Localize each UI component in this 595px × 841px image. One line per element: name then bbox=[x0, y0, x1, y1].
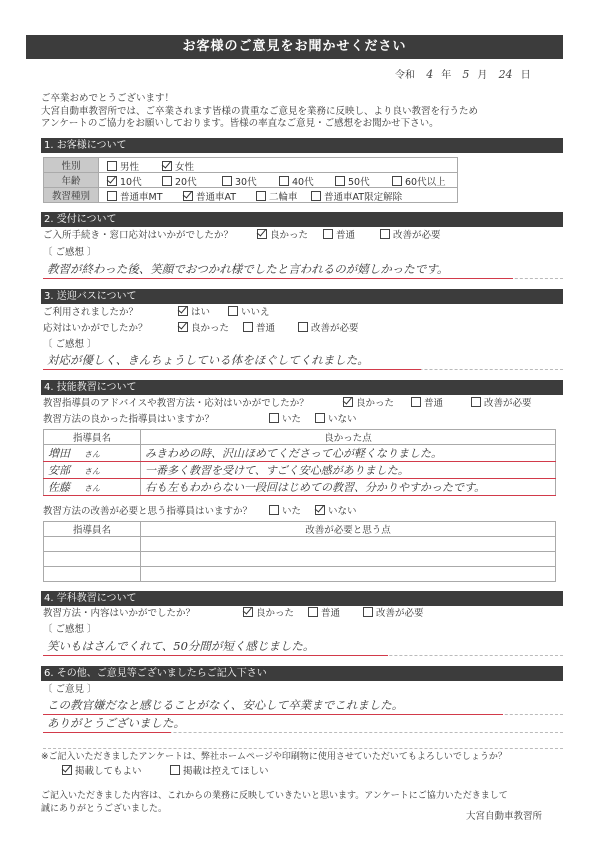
checkbox-icon[interactable] bbox=[335, 176, 345, 186]
section-header-academic-lessons: 4. 学科教習について bbox=[41, 591, 563, 606]
option-label: いない bbox=[328, 414, 357, 425]
academic-question: 教習方法・内容はいかがでしたか？ bbox=[43, 608, 195, 619]
bus-comment-field[interactable]: 対応が優しく、きんちょうしている体をほぐしてくれました。 bbox=[43, 353, 563, 370]
checkbox-checked-icon[interactable] bbox=[178, 306, 188, 316]
improve-instructor-row: 教習方法の改善が必要と思う指導員はいますか？ いた いない bbox=[43, 505, 252, 519]
checkbox-icon[interactable] bbox=[107, 161, 117, 171]
good-point-cell[interactable]: 一番多く教習を受けて、すごく安心感がありました。 bbox=[141, 462, 556, 479]
academic-normal-option[interactable]: 普通 bbox=[308, 607, 340, 621]
red-underline bbox=[43, 278, 513, 280]
age-row: 年齢 10代 20代 30代 40代 50代 60代以上 bbox=[44, 173, 458, 188]
checkbox-icon[interactable] bbox=[411, 397, 421, 407]
checkbox-icon[interactable] bbox=[269, 413, 279, 423]
checkbox-icon[interactable] bbox=[471, 397, 481, 407]
option-label: 良かった bbox=[270, 230, 308, 241]
checkbox-checked-icon[interactable] bbox=[257, 229, 267, 239]
table-header-row: 指導員名 良かった点 bbox=[44, 430, 556, 445]
academic-improve-option[interactable]: 改善が必要 bbox=[363, 607, 424, 621]
good-instructor-yes-option[interactable]: いた bbox=[269, 413, 301, 427]
instructor-name-cell[interactable]: 安部さん bbox=[44, 462, 141, 479]
table-row: 増田さん みきわめの時、沢山ほめてくださって心が軽くなりました。 bbox=[44, 445, 556, 462]
closing-text: ご記入いただきました内容は、これからの業務に反映していきたいと思います。アンケー… bbox=[41, 790, 508, 816]
instructor-normal-option[interactable]: 普通 bbox=[411, 397, 443, 411]
closing-line: 誠にありがとうございました。 bbox=[41, 803, 508, 816]
checkbox-icon[interactable] bbox=[243, 322, 253, 332]
checkbox-checked-icon[interactable] bbox=[183, 191, 193, 201]
bus-usage-question: ご利用されましたか？ bbox=[43, 307, 138, 318]
other-comment-text: この教官嫌だなと感じることがなく、安心して卒業までこれました。 bbox=[47, 697, 403, 713]
bus-comment-text: 対応が優しく、きんちょうしている体をほぐしてくれました。 bbox=[47, 352, 369, 368]
month-label: 月 bbox=[477, 70, 487, 81]
checkbox-checked-icon[interactable] bbox=[107, 176, 117, 186]
age-50s-option[interactable]: 50代 bbox=[335, 174, 370, 188]
checkbox-checked-icon[interactable] bbox=[343, 397, 353, 407]
age-40s-option[interactable]: 40代 bbox=[279, 174, 314, 188]
reception-comment-label: 〔 ご感想 〕 bbox=[43, 246, 97, 260]
honorific: さん bbox=[84, 467, 100, 476]
section-header-other-comments: 6. その他、ご意見等ございましたらご記入下さい bbox=[41, 666, 563, 681]
table-header-row: 指導員名 改善が必要と思う点 bbox=[44, 522, 556, 537]
course-type-label: 教習種別 bbox=[44, 188, 99, 203]
other-comment-line-2[interactable]: ありがとうございました。 bbox=[43, 716, 563, 733]
year-label: 年 bbox=[441, 70, 451, 81]
academic-good-option[interactable]: 良かった bbox=[243, 607, 294, 621]
intro-text: ご卒業おめでとうございます！ 大宮自動車教習所では、ご卒業されます皆様の貴重なご… bbox=[41, 93, 478, 131]
checkbox-icon[interactable] bbox=[256, 191, 266, 201]
checkbox-checked-icon[interactable] bbox=[243, 607, 253, 617]
reception-improve-option[interactable]: 改善が必要 bbox=[380, 229, 441, 243]
option-label: 良かった bbox=[191, 323, 229, 334]
age-label: 年齢 bbox=[44, 173, 99, 188]
instructor-name: 安部 bbox=[48, 464, 70, 477]
instructor-improve-option[interactable]: 改善が必要 bbox=[471, 397, 532, 411]
age-10s-option[interactable]: 10代 bbox=[107, 174, 142, 188]
consent-question: ※ご記入いただきましたアンケートは、弊社ホームページや印刷物に使用させていただい… bbox=[41, 751, 507, 764]
option-label: 50代 bbox=[348, 177, 370, 188]
option-label: はい bbox=[191, 307, 210, 318]
age-20s-option[interactable]: 20代 bbox=[162, 174, 197, 188]
checkbox-checked-icon[interactable] bbox=[62, 765, 72, 775]
customer-info-table: 性別 男性 女性 年齢 10代 20代 30代 40代 50代 60代以上 教習… bbox=[43, 157, 458, 203]
table-row bbox=[44, 567, 556, 582]
improve-instructor-yes-option[interactable]: いた bbox=[269, 505, 301, 519]
improve-point-cell[interactable] bbox=[141, 552, 556, 567]
good-instructor-row: 教習方法の良かった指導員はいますか？ いた いない bbox=[43, 413, 214, 427]
checkbox-icon[interactable] bbox=[363, 607, 373, 617]
honorific: さん bbox=[84, 450, 100, 459]
school-signature: 大宮自動車教習所 bbox=[466, 810, 542, 823]
checkbox-icon[interactable] bbox=[222, 176, 232, 186]
checkbox-checked-icon[interactable] bbox=[162, 161, 172, 171]
improve-instructor-question: 教習方法の改善が必要と思う指導員はいますか？ bbox=[43, 506, 252, 517]
gender-label: 性別 bbox=[44, 158, 99, 173]
instructor-rating-row: 教習指導員のアドバイスや教習方法・応対はいかがでしたか？ 良かった 普通 改善が… bbox=[43, 397, 309, 411]
checkbox-icon[interactable] bbox=[311, 191, 321, 201]
table-row: 佐藤さん 右も左もわからない一段回はじめての教習、分かりやすかったです。 bbox=[44, 479, 556, 496]
option-label: 改善が必要 bbox=[376, 608, 424, 619]
reception-normal-option[interactable]: 普通 bbox=[323, 229, 355, 243]
table-row: 安部さん 一番多く教習を受けて、すごく安心感がありました。 bbox=[44, 462, 556, 479]
option-label: 60代以上 bbox=[405, 177, 446, 188]
era-label: 令和 bbox=[395, 70, 415, 81]
reception-comment-field[interactable]: 教習が終わった後、笑顔でおつかれ様でしたと言われるのが嬉しかったです。 bbox=[43, 262, 563, 279]
option-label: 良かった bbox=[356, 398, 394, 409]
checkbox-icon[interactable] bbox=[279, 176, 289, 186]
bus-yes-option[interactable]: はい bbox=[178, 306, 210, 320]
section-header-customer: 1. お客様について bbox=[41, 138, 563, 153]
improve-point-cell[interactable] bbox=[141, 567, 556, 582]
improve-instructor-no-option[interactable]: いない bbox=[315, 505, 357, 519]
academic-comment-text: 笑いもはさんでくれて、50分間が短く感じました。 bbox=[47, 638, 314, 654]
instructor-name-header: 指導員名 bbox=[44, 430, 141, 445]
checkbox-icon[interactable] bbox=[392, 176, 402, 186]
intro-line: 大宮自動車教習所では、ご卒業されます皆様の貴重なご意見を業務に反映し、より良い教… bbox=[41, 106, 478, 119]
section-header-reception: 2. 受付について bbox=[41, 212, 563, 227]
reception-comment-text: 教習が終わった後、笑顔でおつかれ様でしたと言われるのが嬉しかったです。 bbox=[47, 261, 448, 277]
option-label: 改善が必要 bbox=[393, 230, 441, 241]
section-header-shuttle-bus: 3. 送迎バスについて bbox=[41, 289, 563, 304]
other-comment-text: ありがとうございました。 bbox=[47, 715, 185, 731]
gender-male-option[interactable]: 男性 bbox=[107, 159, 139, 173]
option-label: 男性 bbox=[120, 162, 139, 173]
instructor-name: 増田 bbox=[48, 447, 70, 460]
option-label: 二輪車 bbox=[269, 192, 298, 203]
reception-question-row: ご入所手続き・窓口応対はいかがでしたか？ 良かった 普通 改善が必要 bbox=[43, 229, 233, 243]
improve-instructor-table: 指導員名 改善が必要と思う点 bbox=[43, 521, 556, 582]
good-instructor-no-option[interactable]: いない bbox=[315, 413, 357, 427]
gender-row: 性別 男性 女性 bbox=[44, 158, 458, 173]
reception-good-option[interactable]: 良かった bbox=[257, 229, 308, 243]
instructor-name-cell[interactable] bbox=[44, 537, 141, 552]
instructor-name-cell[interactable]: 佐藤さん bbox=[44, 479, 141, 496]
age-60s-plus-option[interactable]: 60代以上 bbox=[392, 174, 446, 188]
option-label: 普通 bbox=[321, 608, 340, 619]
bus-comment-label: 〔 ご感想 〕 bbox=[43, 338, 97, 352]
option-label: 改善が必要 bbox=[311, 323, 359, 334]
bus-improve-option[interactable]: 改善が必要 bbox=[298, 322, 359, 336]
checkbox-checked-icon[interactable] bbox=[315, 505, 325, 515]
course-mt-option[interactable]: 普通車MT bbox=[107, 189, 163, 203]
intro-line: アンケートのご協力をお願いしております。皆様の率直なご意見・ご感想をお聞かせ下さ… bbox=[41, 118, 478, 131]
instructor-name-cell[interactable]: 増田さん bbox=[44, 445, 141, 462]
good-point-cell[interactable]: みきわめの時、沢山ほめてくださって心が軽くなりました。 bbox=[141, 445, 556, 462]
option-label: 良かった bbox=[256, 608, 294, 619]
checkbox-icon[interactable] bbox=[315, 413, 325, 423]
course-type-row: 教習種別 普通車MT 普通車AT 二輪車 普通車AT限定解除 bbox=[44, 188, 458, 203]
bus-good-option[interactable]: 良かった bbox=[178, 322, 229, 336]
other-comment-label: 〔 ご意見 〕 bbox=[43, 683, 97, 697]
other-comment-line-3[interactable] bbox=[43, 732, 563, 749]
good-point-cell[interactable]: 右も左もわからない一段回はじめての教習、分かりやすかったです。 bbox=[141, 479, 556, 496]
red-underline bbox=[43, 369, 421, 371]
bus-service-question: 応対はいかがでしたか？ bbox=[43, 323, 148, 334]
option-label: 改善が必要 bbox=[484, 398, 532, 409]
day-value[interactable]: 24 bbox=[499, 68, 513, 81]
checkbox-icon[interactable] bbox=[170, 765, 180, 775]
bus-normal-option[interactable]: 普通 bbox=[243, 322, 275, 336]
option-label: 掲載は控えてほしい bbox=[183, 766, 269, 777]
instructor-good-option[interactable]: 良かった bbox=[343, 397, 394, 411]
good-instructor-question: 教習方法の良かった指導員はいますか？ bbox=[43, 414, 214, 425]
day-label: 日 bbox=[521, 70, 531, 81]
bus-no-option[interactable]: いいえ bbox=[228, 306, 270, 320]
checkbox-icon[interactable] bbox=[308, 607, 318, 617]
checkbox-checked-icon[interactable] bbox=[178, 322, 188, 332]
course-motorcycle-option[interactable]: 二輪車 bbox=[256, 189, 298, 203]
option-label: 10代 bbox=[120, 177, 142, 188]
checkbox-icon[interactable] bbox=[380, 229, 390, 239]
option-label: 普通車MT bbox=[120, 192, 163, 203]
option-label: いいえ bbox=[241, 307, 270, 318]
option-label: 普通 bbox=[336, 230, 355, 241]
checkbox-icon[interactable] bbox=[323, 229, 333, 239]
improve-points-header: 改善が必要と思う点 bbox=[141, 522, 556, 537]
honorific: さん bbox=[84, 484, 100, 493]
age-30s-option[interactable]: 30代 bbox=[222, 174, 257, 188]
instructor-name-cell[interactable] bbox=[44, 567, 141, 582]
date-field: 令和 4年 5月 24日 bbox=[395, 66, 531, 81]
instructor-name-cell[interactable] bbox=[44, 552, 141, 567]
instructor-rating-question: 教習指導員のアドバイスや教習方法・応対はいかがでしたか？ bbox=[43, 398, 309, 409]
good-points-header: 良かった点 bbox=[141, 430, 556, 445]
academic-question-row: 教習方法・内容はいかがでしたか？ 良かった 普通 改善が必要 bbox=[43, 607, 195, 621]
section-header-driving-lessons: 4. 技能教習について bbox=[41, 380, 563, 395]
option-label: 30代 bbox=[235, 177, 257, 188]
option-label: いた bbox=[282, 506, 301, 517]
option-label: 20代 bbox=[175, 177, 197, 188]
consent-decline-option[interactable]: 掲載は控えてほしい bbox=[170, 765, 269, 778]
table-row bbox=[44, 537, 556, 552]
improve-point-cell[interactable] bbox=[141, 537, 556, 552]
option-label: 普通 bbox=[424, 398, 443, 409]
reception-question: ご入所手続き・窓口応対はいかがでしたか？ bbox=[43, 230, 233, 241]
option-label: 掲載してもよい bbox=[75, 766, 142, 777]
bus-service-row: 応対はいかがでしたか？ 良かった 普通 改善が必要 bbox=[43, 322, 148, 336]
checkbox-icon[interactable] bbox=[162, 176, 172, 186]
academic-comment-label: 〔 ご感想 〕 bbox=[43, 623, 97, 637]
option-label: 普通車AT限定解除 bbox=[324, 192, 402, 203]
other-comment-line-1[interactable]: この教官嫌だなと感じることがなく、安心して卒業までこれました。 bbox=[43, 698, 563, 715]
good-instructor-table: 指導員名 良かった点 増田さん みきわめの時、沢山ほめてくださって心が軽くなりま… bbox=[43, 429, 556, 496]
option-label: いない bbox=[328, 506, 357, 517]
month-value[interactable]: 5 bbox=[462, 68, 469, 81]
option-label: 女性 bbox=[175, 162, 194, 173]
option-label: 普通 bbox=[256, 323, 275, 334]
red-underline bbox=[43, 655, 388, 657]
intro-line: ご卒業おめでとうございます！ bbox=[41, 93, 478, 106]
table-row bbox=[44, 552, 556, 567]
checkbox-icon[interactable] bbox=[228, 306, 238, 316]
academic-comment-field[interactable]: 笑いもはさんでくれて、50分間が短く感じました。 bbox=[43, 639, 563, 656]
option-label: 40代 bbox=[292, 177, 314, 188]
option-label: いた bbox=[282, 414, 301, 425]
form-title: お客様のご意見をお聞かせください bbox=[26, 35, 563, 59]
instructor-name-header: 指導員名 bbox=[44, 522, 141, 537]
option-label: 普通車AT bbox=[196, 192, 236, 203]
gender-female-option[interactable]: 女性 bbox=[162, 159, 194, 173]
instructor-name: 佐藤 bbox=[48, 481, 70, 494]
checkbox-icon[interactable] bbox=[269, 505, 279, 515]
course-at-removal-option[interactable]: 普通車AT限定解除 bbox=[311, 189, 402, 203]
checkbox-icon[interactable] bbox=[107, 191, 117, 201]
consent-allow-option[interactable]: 掲載してもよい bbox=[62, 765, 142, 778]
year-value[interactable]: 4 bbox=[426, 68, 433, 81]
checkbox-icon[interactable] bbox=[298, 322, 308, 332]
course-at-option[interactable]: 普通車AT bbox=[183, 189, 236, 203]
bus-usage-row: ご利用されましたか？ はい いいえ bbox=[43, 306, 138, 320]
closing-line: ご記入いただきました内容は、これからの業務に反映していきたいと思います。アンケー… bbox=[41, 790, 508, 803]
